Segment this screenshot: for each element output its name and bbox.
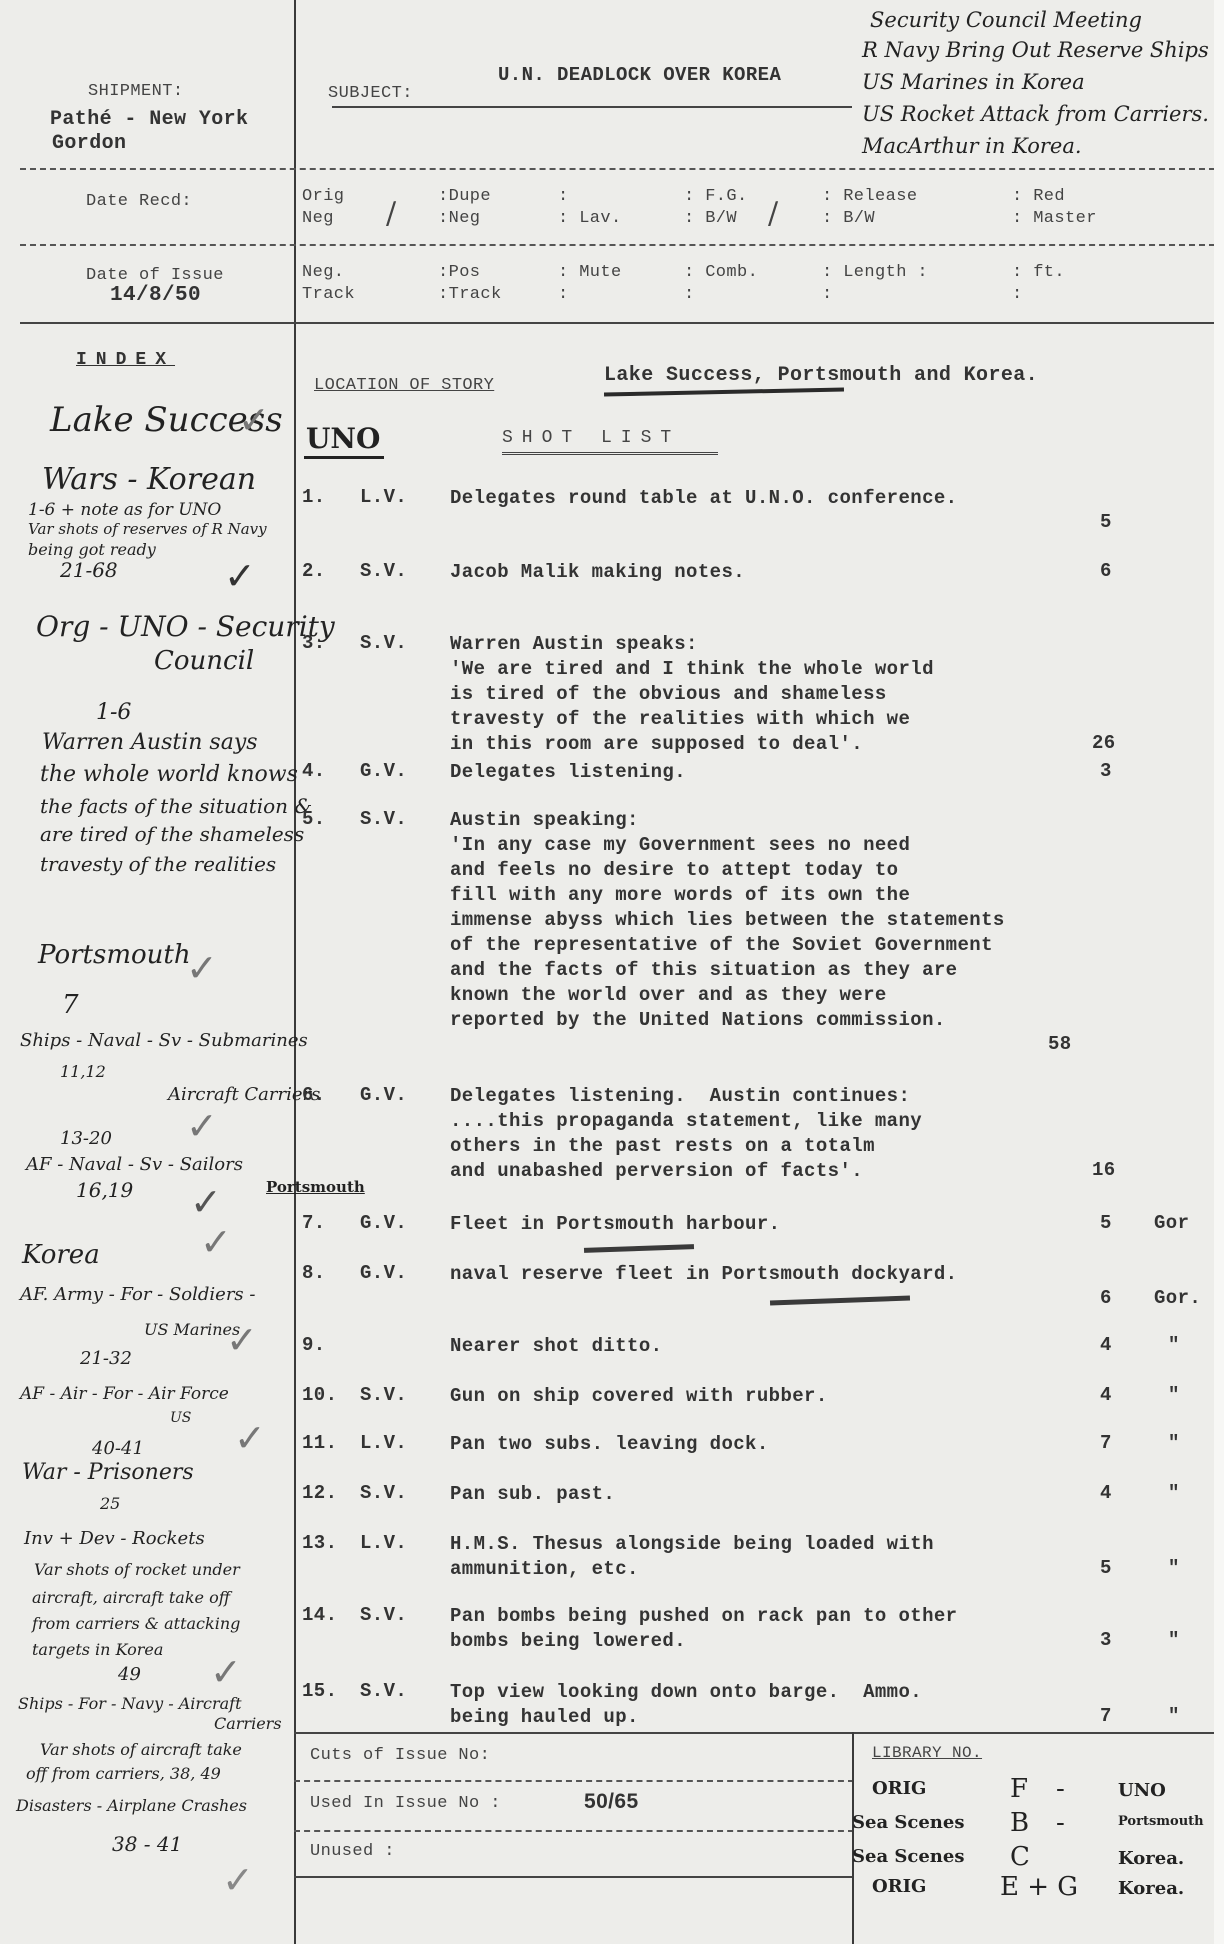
divider <box>294 1876 854 1878</box>
shot-type: G.V. <box>360 1084 407 1106</box>
index-entry: War - Prisoners <box>22 1460 194 1485</box>
shot-type: G.V. <box>360 1212 407 1234</box>
index-entry: 21-68 <box>60 558 118 582</box>
shot-number: 8. <box>302 1262 326 1284</box>
film-field-label: : Comb. : <box>684 262 758 306</box>
check-mark-icon: ✓ <box>186 946 218 990</box>
library-topic: UNO <box>1118 1780 1166 1801</box>
index-entry: off from carriers, 38, 49 <box>26 1764 221 1783</box>
shot-length: 3 <box>1100 760 1112 782</box>
library-topic: Portsmouth <box>1118 1814 1204 1829</box>
divider <box>294 1780 854 1782</box>
index-entry: 11,12 <box>60 1062 106 1081</box>
index-entry: Aircraft Carriers <box>168 1084 320 1105</box>
film-field-label: Orig Neg <box>302 186 344 230</box>
library-no-label: LIBRARY NO. <box>872 1744 982 1762</box>
ink-mark <box>770 1296 910 1306</box>
shot-length: 5 <box>1100 1557 1112 1579</box>
check-mark-icon: ✓ <box>190 1180 222 1224</box>
library-code: B <box>1010 1808 1029 1838</box>
index-entry: Ships - Naval - Sv - Submarines <box>20 1030 308 1051</box>
shot-length: 6 <box>1100 560 1112 582</box>
index-entry: 25 <box>100 1494 120 1513</box>
shot-number: 13. <box>302 1532 337 1554</box>
film-field-label: : Mute : <box>558 262 622 306</box>
shot-description: Pan bombs being pushed on rack pan to ot… <box>450 1604 957 1654</box>
subject-note: US Marines in Korea <box>862 70 1085 94</box>
check-mark-icon: ✓ <box>186 1104 218 1148</box>
index-entry: targets in Korea <box>32 1640 163 1659</box>
shot-description: H.M.S. Thesus alongside being loaded wit… <box>450 1532 934 1582</box>
index-entry: aircraft, aircraft take off <box>32 1588 230 1607</box>
shot-length: 16 <box>1092 1159 1116 1181</box>
shot-description: Top view looking down onto barge. Ammo. … <box>450 1680 922 1730</box>
date-recd-label: Date Recd: <box>86 192 192 211</box>
shot-length: 4 <box>1100 1334 1112 1356</box>
portsmouth-margin-note: Portsmouth <box>266 1178 365 1196</box>
index-entry: 7 <box>62 990 79 1020</box>
film-field-label: : F.G. : B/W <box>684 186 748 230</box>
library-separator: - <box>1056 1774 1065 1804</box>
film-field-label: : : Lav. <box>558 186 622 230</box>
shot-description: Nearer shot ditto. <box>450 1334 662 1359</box>
shot-description: Pan sub. past. <box>450 1482 615 1507</box>
subject-note: Security Council Meeting <box>870 8 1142 32</box>
divider <box>20 322 1215 324</box>
shot-length: 3 <box>1100 1629 1112 1651</box>
left-column-divider <box>294 0 296 1944</box>
index-entry: Wars - Korean <box>42 462 256 497</box>
shot-list-title-text: SHOT LIST <box>502 428 680 448</box>
shot-type: L.V. <box>360 1432 407 1454</box>
shot-credit: " <box>1168 1629 1180 1651</box>
location-label: LOCATION OF STORY <box>314 376 494 395</box>
shot-number: 1. <box>302 486 326 508</box>
index-entry: Inv + Dev - Rockets <box>24 1528 205 1549</box>
index-entry: Var shots of reserves of R Navy <box>28 520 267 538</box>
index-entry: are tired of the shameless <box>40 822 304 846</box>
ink-mark <box>584 1244 694 1253</box>
index-entry: Korea <box>22 1240 100 1270</box>
check-mark-icon: ✓ <box>210 1650 242 1694</box>
index-entry: being got ready <box>28 540 156 559</box>
film-field-label: : Length : : <box>822 262 928 306</box>
shot-number: 11. <box>302 1432 337 1454</box>
library-code: E + G <box>1000 1872 1078 1902</box>
subject-note: US Rocket Attack from Carriers. <box>862 102 1209 126</box>
shot-number: 6. <box>302 1084 326 1106</box>
shot-type: S.V. <box>360 1680 407 1702</box>
shot-number: 14. <box>302 1604 337 1626</box>
film-field-label: : Release : B/W <box>822 186 917 230</box>
shot-credit: " <box>1168 1557 1180 1579</box>
shot-number: 10. <box>302 1384 337 1406</box>
film-field-label: Neg. Track <box>302 262 355 306</box>
divider <box>294 1830 854 1832</box>
shot-type: L.V. <box>360 486 407 508</box>
check-mark-icon: ✓ <box>222 1858 254 1902</box>
index-entry: US <box>170 1410 191 1426</box>
index-entry: AF. Army - For - Soldiers - <box>20 1284 255 1305</box>
check-mark-icon: ✓ <box>200 1220 232 1264</box>
cuts-of-issue-label: Cuts of Issue No: <box>310 1746 490 1765</box>
shot-description: Pan two subs. leaving dock. <box>450 1432 769 1457</box>
date-of-issue-label: Date of Issue <box>86 266 224 285</box>
shot-length: 4 <box>1100 1384 1112 1406</box>
shot-credit: " <box>1168 1705 1180 1727</box>
divider <box>20 168 1215 170</box>
shot-credit: " <box>1168 1384 1180 1406</box>
subject-title: U.N. DEADLOCK OVER KOREA <box>498 64 781 86</box>
index-entry: Council <box>154 646 254 676</box>
check-mark-icon: ✓ <box>238 398 270 442</box>
shot-type: L.V. <box>360 1532 407 1554</box>
uno-underline <box>304 456 384 459</box>
index-title: INDEX <box>76 350 175 370</box>
index-entry: the facts of the situation & <box>40 794 312 818</box>
shot-description: Jacob Malik making notes. <box>450 560 745 585</box>
shot-description: Delegates listening. <box>450 760 686 785</box>
index-title-text: INDEX <box>76 350 175 370</box>
shot-type: S.V. <box>360 632 407 654</box>
library-topic: Korea. <box>1118 1878 1184 1899</box>
shot-number: 7. <box>302 1212 326 1234</box>
film-field-label: :Dupe :Neg <box>438 186 491 230</box>
index-entry: Org - UNO - Security <box>36 610 335 643</box>
index-entry: the whole world knows <box>40 762 298 787</box>
index-entry: Warren Austin says <box>42 730 258 755</box>
index-entry: 21-32 <box>80 1348 132 1369</box>
index-entry: Ships - For - Navy - Aircraft <box>18 1694 242 1713</box>
shipment-label: SHIPMENT: <box>88 82 183 101</box>
newsreel-dope-sheet: SHIPMENT: Pathé - New York Gordon SUBJEC… <box>0 0 1214 1944</box>
shot-length: 7 <box>1100 1705 1112 1727</box>
shot-type: S.V. <box>360 560 407 582</box>
shot-list-underline <box>502 452 718 455</box>
shot-number: 12. <box>302 1482 337 1504</box>
index-entry: 40-41 <box>92 1438 144 1459</box>
library-topic: Korea. <box>1118 1848 1184 1869</box>
library-source: Sea Scenes <box>852 1846 964 1867</box>
library-separator: - <box>1056 1808 1065 1838</box>
shot-description: Gun on ship covered with rubber. <box>450 1384 828 1409</box>
shot-number: 3. <box>302 632 326 654</box>
shot-length: 4 <box>1100 1482 1112 1504</box>
index-entry: AF - Naval - Sv - Sailors <box>26 1154 243 1175</box>
library-code: C <box>1010 1842 1030 1872</box>
film-field-label: : Red : Master <box>1012 186 1097 230</box>
shot-description: Austin speaking: 'In any case my Governm… <box>450 808 1005 1033</box>
shot-length: 6 <box>1100 1287 1112 1309</box>
shot-credit: " <box>1168 1482 1180 1504</box>
library-source: ORIG <box>872 1778 926 1799</box>
check-mark-icon: ✓ <box>226 1318 258 1362</box>
shot-number: 15. <box>302 1680 337 1702</box>
shot-description: naval reserve fleet in Portsmouth dockya… <box>450 1262 957 1287</box>
shot-number: 5. <box>302 808 326 830</box>
unused-label: Unused : <box>310 1842 395 1861</box>
library-source: Sea Scenes <box>852 1812 964 1833</box>
shot-description: Delegates listening. Austin continues: .… <box>450 1084 922 1184</box>
index-entry: Var shots of aircraft take <box>40 1740 242 1759</box>
shot-credit: Gor. <box>1154 1287 1201 1309</box>
location-underline <box>604 387 844 396</box>
library-code: F <box>1010 1774 1028 1804</box>
subject-label: SUBJECT: <box>328 84 413 103</box>
index-entry: Var shots of rocket under <box>34 1560 240 1579</box>
section-label-uno: UNO <box>306 422 380 455</box>
index-entry: 49 <box>118 1664 141 1685</box>
shipment-value-2: Gordon <box>52 132 126 155</box>
subject-note: MacArthur in Korea. <box>862 134 1082 158</box>
library-divider <box>852 1732 854 1944</box>
library-source: ORIG <box>872 1876 926 1897</box>
shot-type: G.V. <box>360 760 407 782</box>
shot-list-title: SHOT LIST <box>502 428 680 448</box>
index-entry: Portsmouth <box>38 940 191 970</box>
subject-underline <box>332 106 852 108</box>
divider <box>20 244 1215 246</box>
slash-mark: / <box>386 196 396 231</box>
film-field-label: : ft. : <box>1012 262 1065 306</box>
shot-description: Delegates round table at U.N.O. conferen… <box>450 486 957 511</box>
index-entry: 38 - 41 <box>112 1832 182 1856</box>
shot-length: 5 <box>1100 511 1112 533</box>
shot-credit: Gor <box>1154 1212 1189 1234</box>
check-mark-icon: ✓ <box>224 554 256 598</box>
check-mark-icon: ✓ <box>234 1416 266 1460</box>
index-entry: travesty of the realities <box>40 852 276 876</box>
index-entry: Carriers <box>214 1714 282 1733</box>
shot-description: Fleet in Portsmouth harbour. <box>450 1212 780 1237</box>
slash-mark: / <box>768 196 778 231</box>
index-entry: 13-20 <box>60 1128 112 1149</box>
shot-type: G.V. <box>360 1262 407 1284</box>
location-value: Lake Success, Portsmouth and Korea. <box>604 364 1038 387</box>
shipment-value: Pathé - New York <box>50 108 248 131</box>
shot-type: S.V. <box>360 1384 407 1406</box>
shot-type: S.V. <box>360 1482 407 1504</box>
shot-credit: " <box>1168 1432 1180 1454</box>
shot-type: S.V. <box>360 1604 407 1626</box>
shot-number: 9. <box>302 1334 326 1356</box>
shot-length: 26 <box>1092 732 1116 754</box>
shot-length: 7 <box>1100 1432 1112 1454</box>
shot-length: 58 <box>1048 1033 1072 1055</box>
index-entry: from carriers & attacking <box>32 1614 240 1633</box>
date-of-issue-value: 14/8/50 <box>110 284 201 307</box>
index-entry: 1-6 <box>96 700 131 725</box>
shot-credit: " <box>1168 1334 1180 1356</box>
subject-note: R Navy Bring Out Reserve Ships <box>862 38 1209 62</box>
index-entry: Disasters - Airplane Crashes <box>16 1796 247 1815</box>
shot-description: Warren Austin speaks: 'We are tired and … <box>450 632 934 757</box>
shot-number: 2. <box>302 560 326 582</box>
index-entry: 16,19 <box>76 1178 133 1202</box>
shot-length: 5 <box>1100 1212 1112 1234</box>
divider <box>294 1732 1215 1734</box>
used-in-issue-label: Used In Issue No : <box>310 1794 501 1813</box>
index-entry: 1-6 + note as for UNO <box>28 500 221 520</box>
shot-type: S.V. <box>360 808 407 830</box>
film-field-label: :Pos :Track <box>438 262 502 306</box>
shot-number: 4. <box>302 760 326 782</box>
used-in-issue-value: 50/65 <box>584 1790 639 1814</box>
index-entry: AF - Air - For - Air Force <box>20 1384 229 1404</box>
